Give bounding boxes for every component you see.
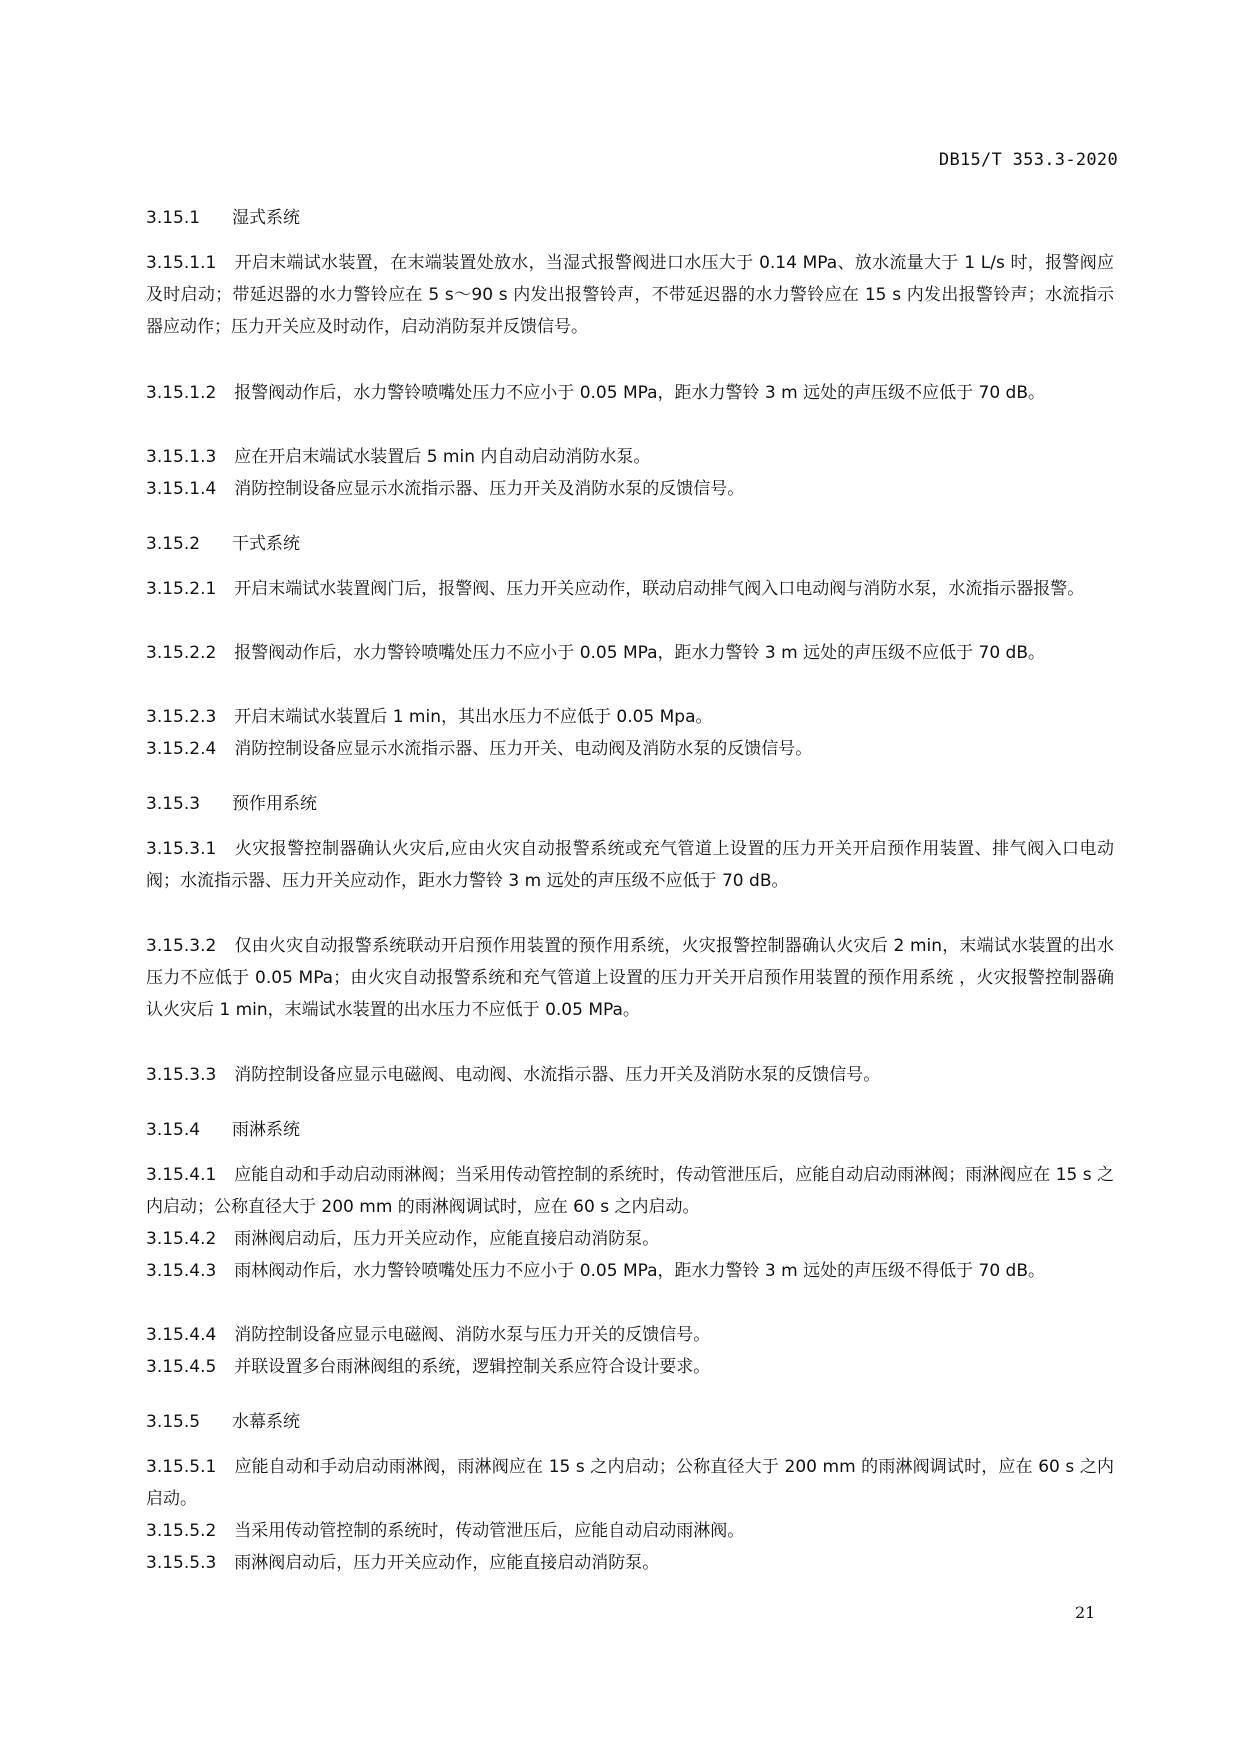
clause-number: 3.15.1.4 bbox=[146, 479, 216, 499]
page-number: 21 bbox=[1075, 1603, 1095, 1622]
section-title: 预作用系统 bbox=[232, 794, 317, 814]
clause-number: 3.15.4.4 bbox=[146, 1325, 216, 1345]
clause-3-15-2-4: 3.15.2.4消防控制设备应显示水流指示器、压力开关、电动阀及消防水泵的反馈信… bbox=[146, 733, 1114, 765]
clause-text: 仅由火灾自动报警系统联动开启预作用装置的预作用系统，火灾报警控制器确认火灾后 2… bbox=[146, 936, 1114, 1020]
clause-number: 3.15.4.3 bbox=[146, 1261, 216, 1281]
clause-3-15-4-3: 3.15.4.3雨林阀动作后，水力警铃喷嘴处压力不应小于 0.05 MPa，距水… bbox=[146, 1255, 1114, 1287]
clause-number: 3.15.1.3 bbox=[146, 447, 216, 467]
clause-3-15-1-4: 3.15.1.4消防控制设备应显示水流指示器、压力开关及消防水泵的反馈信号。 bbox=[146, 473, 1114, 505]
clause-3-15-1-1: 3.15.1.1开启末端试水装置，在末端装置处放水，当湿式报警阀进口水压大于 0… bbox=[146, 247, 1114, 344]
clause-text: 消防控制设备应显示水流指示器、压力开关、电动阀及消防水泵的反馈信号。 bbox=[234, 739, 812, 759]
clause-3-15-2-3: 3.15.2.3开启末端试水装置后 1 min，其出水压力不应低于 0.05 M… bbox=[146, 701, 1114, 733]
clause-3-15-5-1: 3.15.5.1应能自动和手动启动雨淋阀，雨淋阀应在 15 s 之内启动；公称直… bbox=[146, 1451, 1114, 1515]
section-title: 干式系统 bbox=[232, 534, 300, 554]
section-heading-3-15-4: 3.15.4雨淋系统 bbox=[146, 1115, 300, 1140]
clause-number: 3.15.4.2 bbox=[146, 1229, 216, 1249]
clause-text: 开启末端试水装置后 1 min，其出水压力不应低于 0.05 Mpa。 bbox=[234, 707, 712, 727]
clause-text: 雨林阀动作后，水力警铃喷嘴处压力不应小于 0.05 MPa，距水力警铃 3 m … bbox=[234, 1261, 1045, 1281]
clause-3-15-4-1: 3.15.4.1应能自动和手动启动雨淋阀；当采用传动管控制的系统时，传动管泄压后… bbox=[146, 1159, 1114, 1223]
clause-text: 当采用传动管控制的系统时，传动管泄压后，应能自动启动雨淋阀。 bbox=[234, 1521, 744, 1541]
clause-number: 3.15.5.1 bbox=[146, 1457, 216, 1477]
clause-text: 报警阀动作后，水力警铃喷嘴处压力不应小于 0.05 MPa，距水力警铃 3 m … bbox=[234, 383, 1045, 403]
clause-3-15-3-1: 3.15.3.1火灾报警控制器确认火灾后,应由火灾自动报警系统或充气管道上设置的… bbox=[146, 833, 1114, 897]
clause-number: 3.15.2.1 bbox=[146, 579, 216, 599]
clause-3-15-5-2: 3.15.5.2当采用传动管控制的系统时，传动管泄压后，应能自动启动雨淋阀。 bbox=[146, 1515, 1114, 1547]
section-title: 水幕系统 bbox=[232, 1412, 300, 1432]
clause-text: 消防控制设备应显示电磁阀、电动阀、水流指示器、压力开关及消防水泵的反馈信号。 bbox=[234, 1065, 880, 1085]
clause-number: 3.15.1.2 bbox=[146, 383, 216, 403]
clause-text: 应在开启末端试水装置后 5 min 内自动启动消防水泵。 bbox=[234, 447, 650, 467]
section-number: 3.15.1 bbox=[146, 208, 232, 228]
clause-text: 并联设置多台雨淋阀组的系统，逻辑控制关系应符合设计要求。 bbox=[234, 1357, 710, 1377]
clause-number: 3.15.4.1 bbox=[146, 1165, 216, 1185]
clause-text: 应能自动和手动启动雨淋阀；当采用传动管控制的系统时，传动管泄压后，应能自动启动雨… bbox=[146, 1165, 1114, 1217]
section-heading-3-15-5: 3.15.5水幕系统 bbox=[146, 1407, 300, 1432]
section-heading-3-15-2: 3.15.2干式系统 bbox=[146, 529, 300, 554]
clause-text: 雨淋阀启动后，压力开关应动作，应能直接启动消防泵。 bbox=[234, 1229, 659, 1249]
clause-number: 3.15.4.5 bbox=[146, 1357, 216, 1377]
clause-number: 3.15.1.1 bbox=[146, 253, 216, 273]
clause-3-15-4-2: 3.15.4.2雨淋阀启动后，压力开关应动作，应能直接启动消防泵。 bbox=[146, 1223, 1114, 1255]
clause-3-15-4-5: 3.15.4.5并联设置多台雨淋阀组的系统，逻辑控制关系应符合设计要求。 bbox=[146, 1351, 1114, 1383]
section-number: 3.15.5 bbox=[146, 1412, 232, 1432]
clause-number: 3.15.2.4 bbox=[146, 739, 216, 759]
clause-3-15-2-2: 3.15.2.2报警阀动作后，水力警铃喷嘴处压力不应小于 0.05 MPa，距水… bbox=[146, 637, 1114, 669]
clause-3-15-2-1: 3.15.2.1开启末端试水装置阀门后，报警阀、压力开关应动作，联动启动排气阀入… bbox=[146, 573, 1114, 605]
clause-text: 开启末端试水装置阀门后，报警阀、压力开关应动作，联动启动排气阀入口电动阀与消防水… bbox=[234, 579, 1084, 599]
clause-3-15-1-2: 3.15.1.2报警阀动作后，水力警铃喷嘴处压力不应小于 0.05 MPa，距水… bbox=[146, 377, 1114, 409]
section-title: 湿式系统 bbox=[232, 208, 300, 228]
section-title: 雨淋系统 bbox=[232, 1120, 300, 1140]
document-code: DB15/T 353.3-2020 bbox=[939, 150, 1118, 170]
document-page: DB15/T 353.3-2020 3.15.1湿式系统 3.15.1.1开启末… bbox=[0, 0, 1241, 1755]
section-heading-3-15-3: 3.15.3预作用系统 bbox=[146, 789, 317, 814]
clause-3-15-3-2: 3.15.3.2仅由火灾自动报警系统联动开启预作用装置的预作用系统，火灾报警控制… bbox=[146, 930, 1114, 1027]
section-heading-3-15-1: 3.15.1湿式系统 bbox=[146, 203, 300, 228]
clause-3-15-5-3: 3.15.5.3雨淋阀启动后，压力开关应动作，应能直接启动消防泵。 bbox=[146, 1547, 1114, 1579]
clause-text: 雨淋阀启动后，压力开关应动作，应能直接启动消防泵。 bbox=[234, 1553, 659, 1573]
clause-number: 3.15.2.3 bbox=[146, 707, 216, 727]
clause-text: 火灾报警控制器确认火灾后,应由火灾自动报警系统或充气管道上设置的压力开关开启预作… bbox=[146, 839, 1114, 891]
clause-3-15-3-3: 3.15.3.3消防控制设备应显示电磁阀、电动阀、水流指示器、压力开关及消防水泵… bbox=[146, 1059, 1114, 1091]
clause-text: 消防控制设备应显示电磁阀、消防水泵与压力开关的反馈信号。 bbox=[234, 1325, 710, 1345]
clause-text: 应能自动和手动启动雨淋阀，雨淋阀应在 15 s 之内启动；公称直径大于 200 … bbox=[146, 1457, 1114, 1509]
clause-number: 3.15.3.3 bbox=[146, 1065, 216, 1085]
section-number: 3.15.2 bbox=[146, 534, 232, 554]
clause-text: 消防控制设备应显示水流指示器、压力开关及消防水泵的反馈信号。 bbox=[234, 479, 744, 499]
clause-number: 3.15.5.2 bbox=[146, 1521, 216, 1541]
clause-number: 3.15.2.2 bbox=[146, 643, 216, 663]
clause-3-15-4-4: 3.15.4.4消防控制设备应显示电磁阀、消防水泵与压力开关的反馈信号。 bbox=[146, 1319, 1114, 1351]
clause-3-15-1-3: 3.15.1.3应在开启末端试水装置后 5 min 内自动启动消防水泵。 bbox=[146, 441, 1114, 473]
clause-number: 3.15.5.3 bbox=[146, 1553, 216, 1573]
clause-text: 报警阀动作后，水力警铃喷嘴处压力不应小于 0.05 MPa，距水力警铃 3 m … bbox=[234, 643, 1045, 663]
clause-number: 3.15.3.1 bbox=[146, 839, 216, 859]
section-number: 3.15.4 bbox=[146, 1120, 232, 1140]
clause-number: 3.15.3.2 bbox=[146, 936, 216, 956]
section-number: 3.15.3 bbox=[146, 794, 232, 814]
clause-text: 开启末端试水装置，在末端装置处放水，当湿式报警阀进口水压大于 0.14 MPa、… bbox=[146, 253, 1114, 337]
